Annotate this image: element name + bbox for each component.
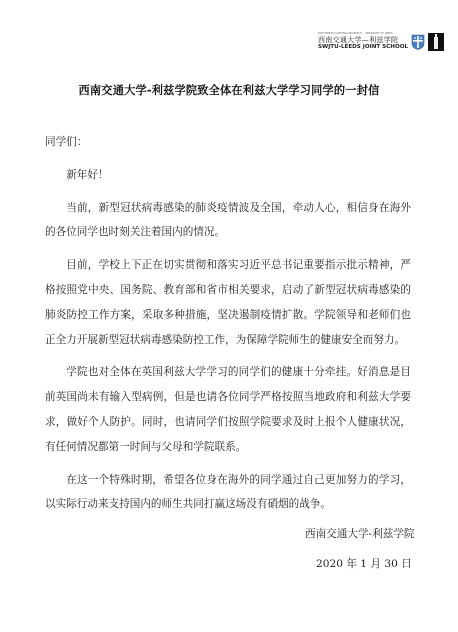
logo-name-en: SWJTU-LEEDS JOINT SCHOOL [318,45,408,51]
logo-tagline: SOUTHWEST JIAOTONG UNIVERSITY · UNIVERSI… [318,33,399,36]
logo-name-cn: 西南交通大学—利兹学院 [318,37,408,44]
paragraph-measures: 目前，学校上下正在切实贯彻和落实习近平总书记重要指示批示精神，严格按照党中央、国… [45,253,411,352]
letter-title: 西南交通大学-利兹学院致全体在利兹大学学习同学的一封信 [0,82,458,98]
letter-date: 2020 年 1 月 30 日 [316,556,412,571]
paragraph-encouragement: 在这一个特殊时期，希望各位身在海外的同学通过自己更加努力的学习，以实际行动来支持… [45,468,411,518]
tower-icon [428,33,444,51]
logo-text-block: SOUTHWEST JIAOTONG UNIVERSITY · UNIVERSI… [318,33,408,50]
university-crest-icon [411,34,425,50]
paragraph-new-year: 新年好！ [45,163,411,188]
salutation: 同学们： [45,130,411,155]
paragraph-care: 学院也对全体在英国利兹大学学习的同学们的健康十分牵挂。好消息是目前英国尚未有输入… [45,360,411,459]
letter-body: 同学们： 新年好！ 当前，新型冠状病毒感染的肺炎疫情波及全国，牵动人心，相信身在… [45,130,411,525]
signature: 西南交通大学-利兹学院 [305,526,415,541]
school-logo: SOUTHWEST JIAOTONG UNIVERSITY · UNIVERSI… [318,31,444,53]
paragraph-situation: 当前，新型冠状病毒感染的肺炎疫情波及全国，牵动人心，相信身在海外的各位同学也时刻… [45,196,411,246]
